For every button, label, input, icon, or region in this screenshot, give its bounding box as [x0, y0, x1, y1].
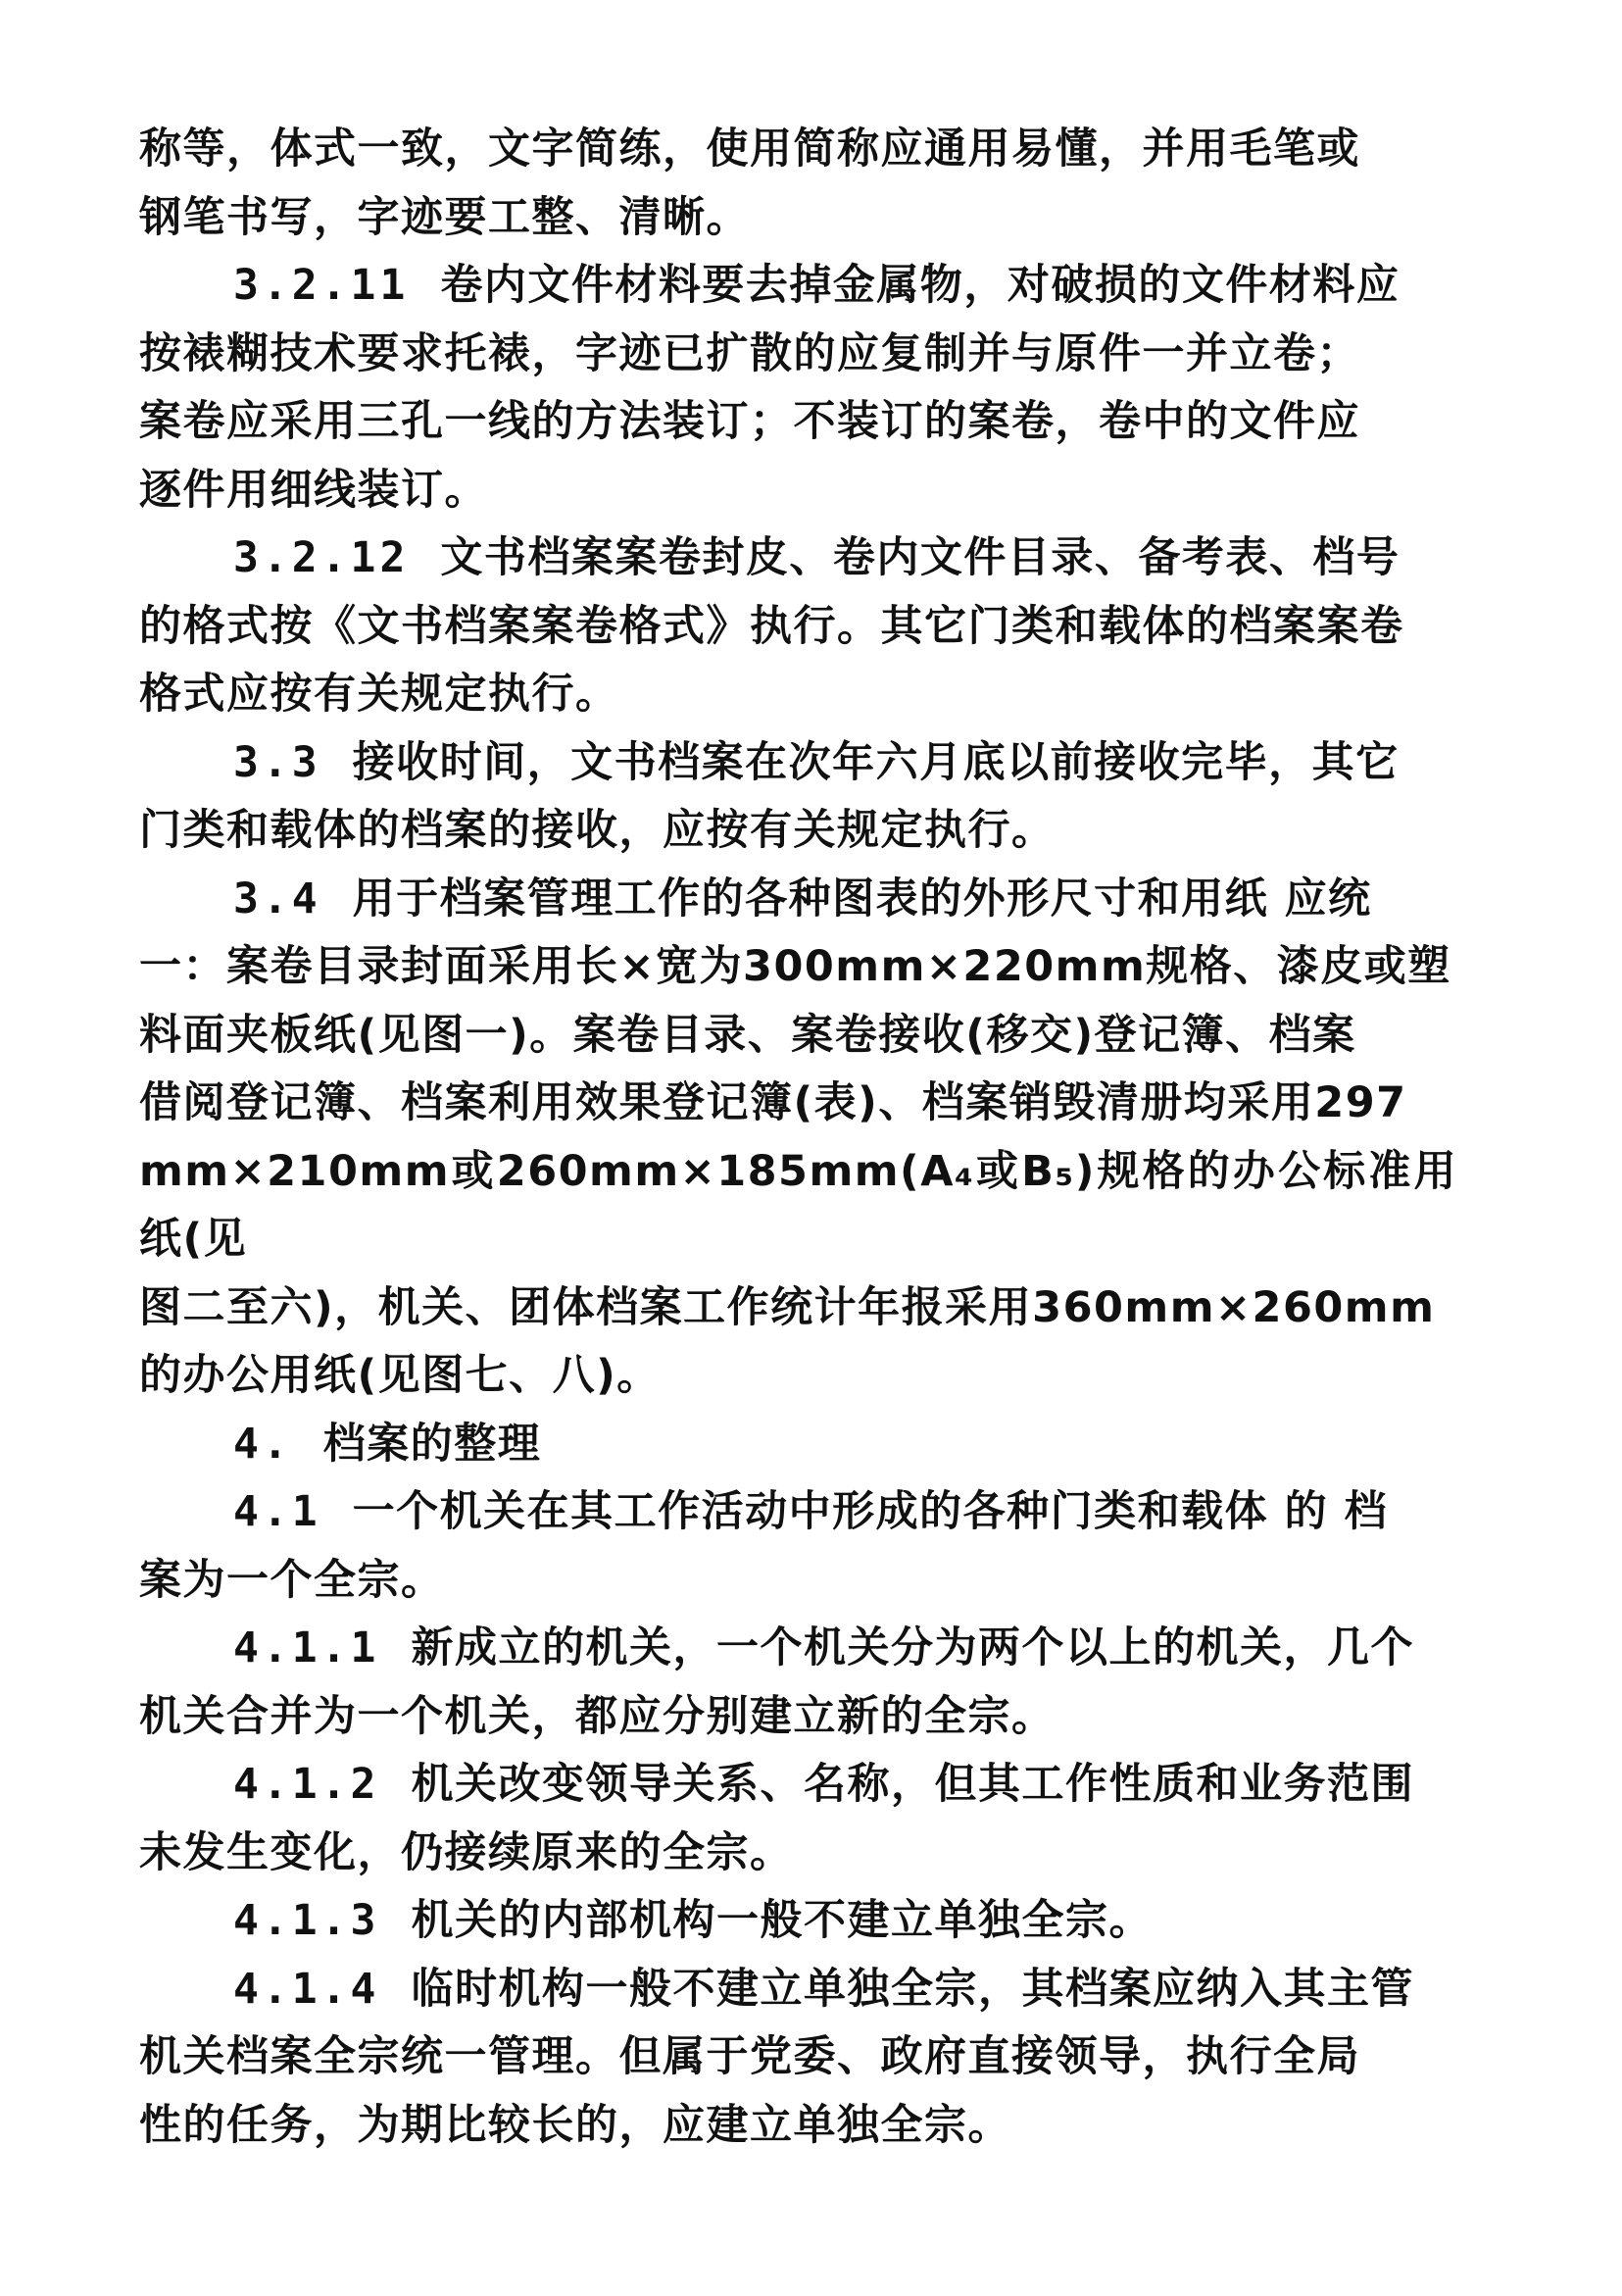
text-line: 4.1.3机关的内部机构一般不建立单独全宗。: [139, 1887, 1457, 1956]
text-line-body: 机关的内部机构一般不建立单独全宗。: [411, 1896, 1153, 1945]
text-line: 料面夹板纸(见图一)。案卷目录、案卷接收(移交)登记簿、档案: [139, 1002, 1457, 1071]
text-line: 钢笔书写，字迹要工整、清晰。: [139, 184, 1457, 253]
text-line: 4.1.2机关改变领导关系、名称，但其工作性质和业务范围: [139, 1751, 1457, 1820]
text-line: 一：案卷目录封面采用长×宽为300mm×220mm规格、漆皮或塑: [139, 933, 1457, 1002]
section-number: 3.3: [233, 738, 321, 787]
text-line: 借阅登记簿、档案利用效果登记簿(表)、档案销毁清册均采用297: [139, 1070, 1457, 1138]
paragraph-continuation: 称等，体式一致，文字简练，使用简称应通用易懂，并用毛笔或 钢笔书写，字迹要工整、…: [139, 116, 1457, 252]
text-line: 未发生变化，仍接续原来的全宗。: [139, 1820, 1457, 1888]
section-number: 4.: [233, 1420, 292, 1469]
section-number: 4.1: [233, 1487, 321, 1536]
text-line: 称等，体式一致，文字简练，使用简称应通用易懂，并用毛笔或: [139, 116, 1457, 184]
paragraph-4-1-1: 4.1.1新成立的机关，一个机关分为两个以上的机关，几个 机关合并为一个机关，都…: [139, 1615, 1457, 1751]
text-line: mm×210mm或260mm×185mm(A₄或B₅)规格的办公标准用纸(见: [139, 1138, 1457, 1274]
text-line-body: 文书档案案卷封皮、卷内文件目录、备考表、档号: [440, 533, 1400, 582]
text-line: 按裱糊技术要求托裱，字迹已扩散的应复制并与原件一并立卷；: [139, 321, 1457, 389]
text-line-body: 卷内文件材料要去掉金属物，对破损的文件材料应: [440, 261, 1400, 310]
section-number: 4.1.2: [233, 1760, 379, 1809]
text-line: 4.档案的整理: [139, 1411, 1457, 1479]
text-line-body: 一个机关在其工作活动中形成的各种门类和载体 的 档: [353, 1487, 1388, 1536]
section-title: 档案的整理: [323, 1420, 542, 1469]
section-number: 4.1.1: [233, 1623, 379, 1672]
text-line: 逐件用细线装订。: [139, 457, 1457, 525]
text-line: 3.2.12文书档案案卷封皮、卷内文件目录、备考表、档号: [139, 524, 1457, 593]
paragraph-4-1-2: 4.1.2机关改变领导关系、名称，但其工作性质和业务范围 未发生变化，仍接续原来…: [139, 1751, 1457, 1887]
text-line: 格式应按有关规定执行。: [139, 661, 1457, 729]
paragraph-4-1-4: 4.1.4临时机构一般不建立单独全宗，其档案应纳入其主管 机关档案全宗统一管理。…: [139, 1956, 1457, 2161]
text-line: 的办公用纸(见图七、八)。: [139, 1342, 1457, 1411]
text-line: 的格式按《文书档案案卷格式》执行。其它门类和载体的档案案卷: [139, 593, 1457, 662]
section-number: 4.1.4: [233, 1965, 379, 2014]
section-number: 3.2.11: [233, 261, 409, 310]
text-line: 案为一个全宗。: [139, 1547, 1457, 1616]
paragraph-3-4: 3.4用于档案管理工作的各种图表的外形尺寸和用纸 应统 一：案卷目录封面采用长×…: [139, 866, 1457, 1411]
text-line-body: 用于档案管理工作的各种图表的外形尺寸和用纸 应统: [353, 874, 1372, 923]
text-line: 机关档案全宗统一管理。但属于党委、政府直接领导，执行全局: [139, 2023, 1457, 2092]
text-line: 3.3接收时间，文书档案在次年六月底以前接收完毕，其它: [139, 729, 1457, 798]
text-line-body: 机关改变领导关系、名称，但其工作性质和业务范围: [411, 1760, 1414, 1809]
text-line: 4.1一个机关在其工作活动中形成的各种门类和载体 的 档: [139, 1478, 1457, 1547]
paragraph-3-3: 3.3接收时间，文书档案在次年六月底以前接收完毕，其它 门类和载体的档案的接收，…: [139, 729, 1457, 866]
text-line-body: 临时机构一般不建立单独全宗，其档案应纳入其主管: [411, 1965, 1414, 2014]
text-line: 机关合并为一个机关，都应分别建立新的全宗。: [139, 1683, 1457, 1752]
text-line: 门类和载体的档案的接收，应按有关规定执行。: [139, 797, 1457, 866]
section-number: 3.4: [233, 874, 321, 923]
paragraph-4-1: 4.1一个机关在其工作活动中形成的各种门类和载体 的 档 案为一个全宗。: [139, 1478, 1457, 1615]
text-line: 4.1.1新成立的机关，一个机关分为两个以上的机关，几个: [139, 1615, 1457, 1683]
text-line: 3.2.11卷内文件材料要去掉金属物，对破损的文件材料应: [139, 252, 1457, 321]
section-number: 4.1.3: [233, 1896, 379, 1945]
section-number: 3.2.12: [233, 533, 409, 582]
section-heading-4: 4.档案的整理: [139, 1411, 1457, 1479]
text-line: 性的任务，为期比较长的，应建立单独全宗。: [139, 2092, 1457, 2161]
text-line: 图二至六)，机关、团体档案工作统计年报采用360mm×260mm: [139, 1274, 1457, 1343]
document-page: 称等，体式一致，文字简练，使用简称应通用易懂，并用毛笔或 钢笔书写，字迹要工整、…: [139, 116, 1457, 2160]
paragraph-4-1-3: 4.1.3机关的内部机构一般不建立单独全宗。: [139, 1887, 1457, 1956]
text-line: 3.4用于档案管理工作的各种图表的外形尺寸和用纸 应统: [139, 866, 1457, 934]
text-line: 案卷应采用三孔一线的方法装订；不装订的案卷，卷中的文件应: [139, 388, 1457, 457]
text-line-body: 接收时间，文书档案在次年六月底以前接收完毕，其它: [353, 738, 1400, 787]
text-line: 4.1.4临时机构一般不建立单独全宗，其档案应纳入其主管: [139, 1956, 1457, 2024]
paragraph-3-2-11: 3.2.11卷内文件材料要去掉金属物，对破损的文件材料应 按裱糊技术要求托裱，字…: [139, 252, 1457, 524]
text-line-body: 新成立的机关，一个机关分为两个以上的机关，几个: [411, 1623, 1414, 1672]
paragraph-3-2-12: 3.2.12文书档案案卷封皮、卷内文件目录、备考表、档号 的格式按《文书档案案卷…: [139, 524, 1457, 729]
